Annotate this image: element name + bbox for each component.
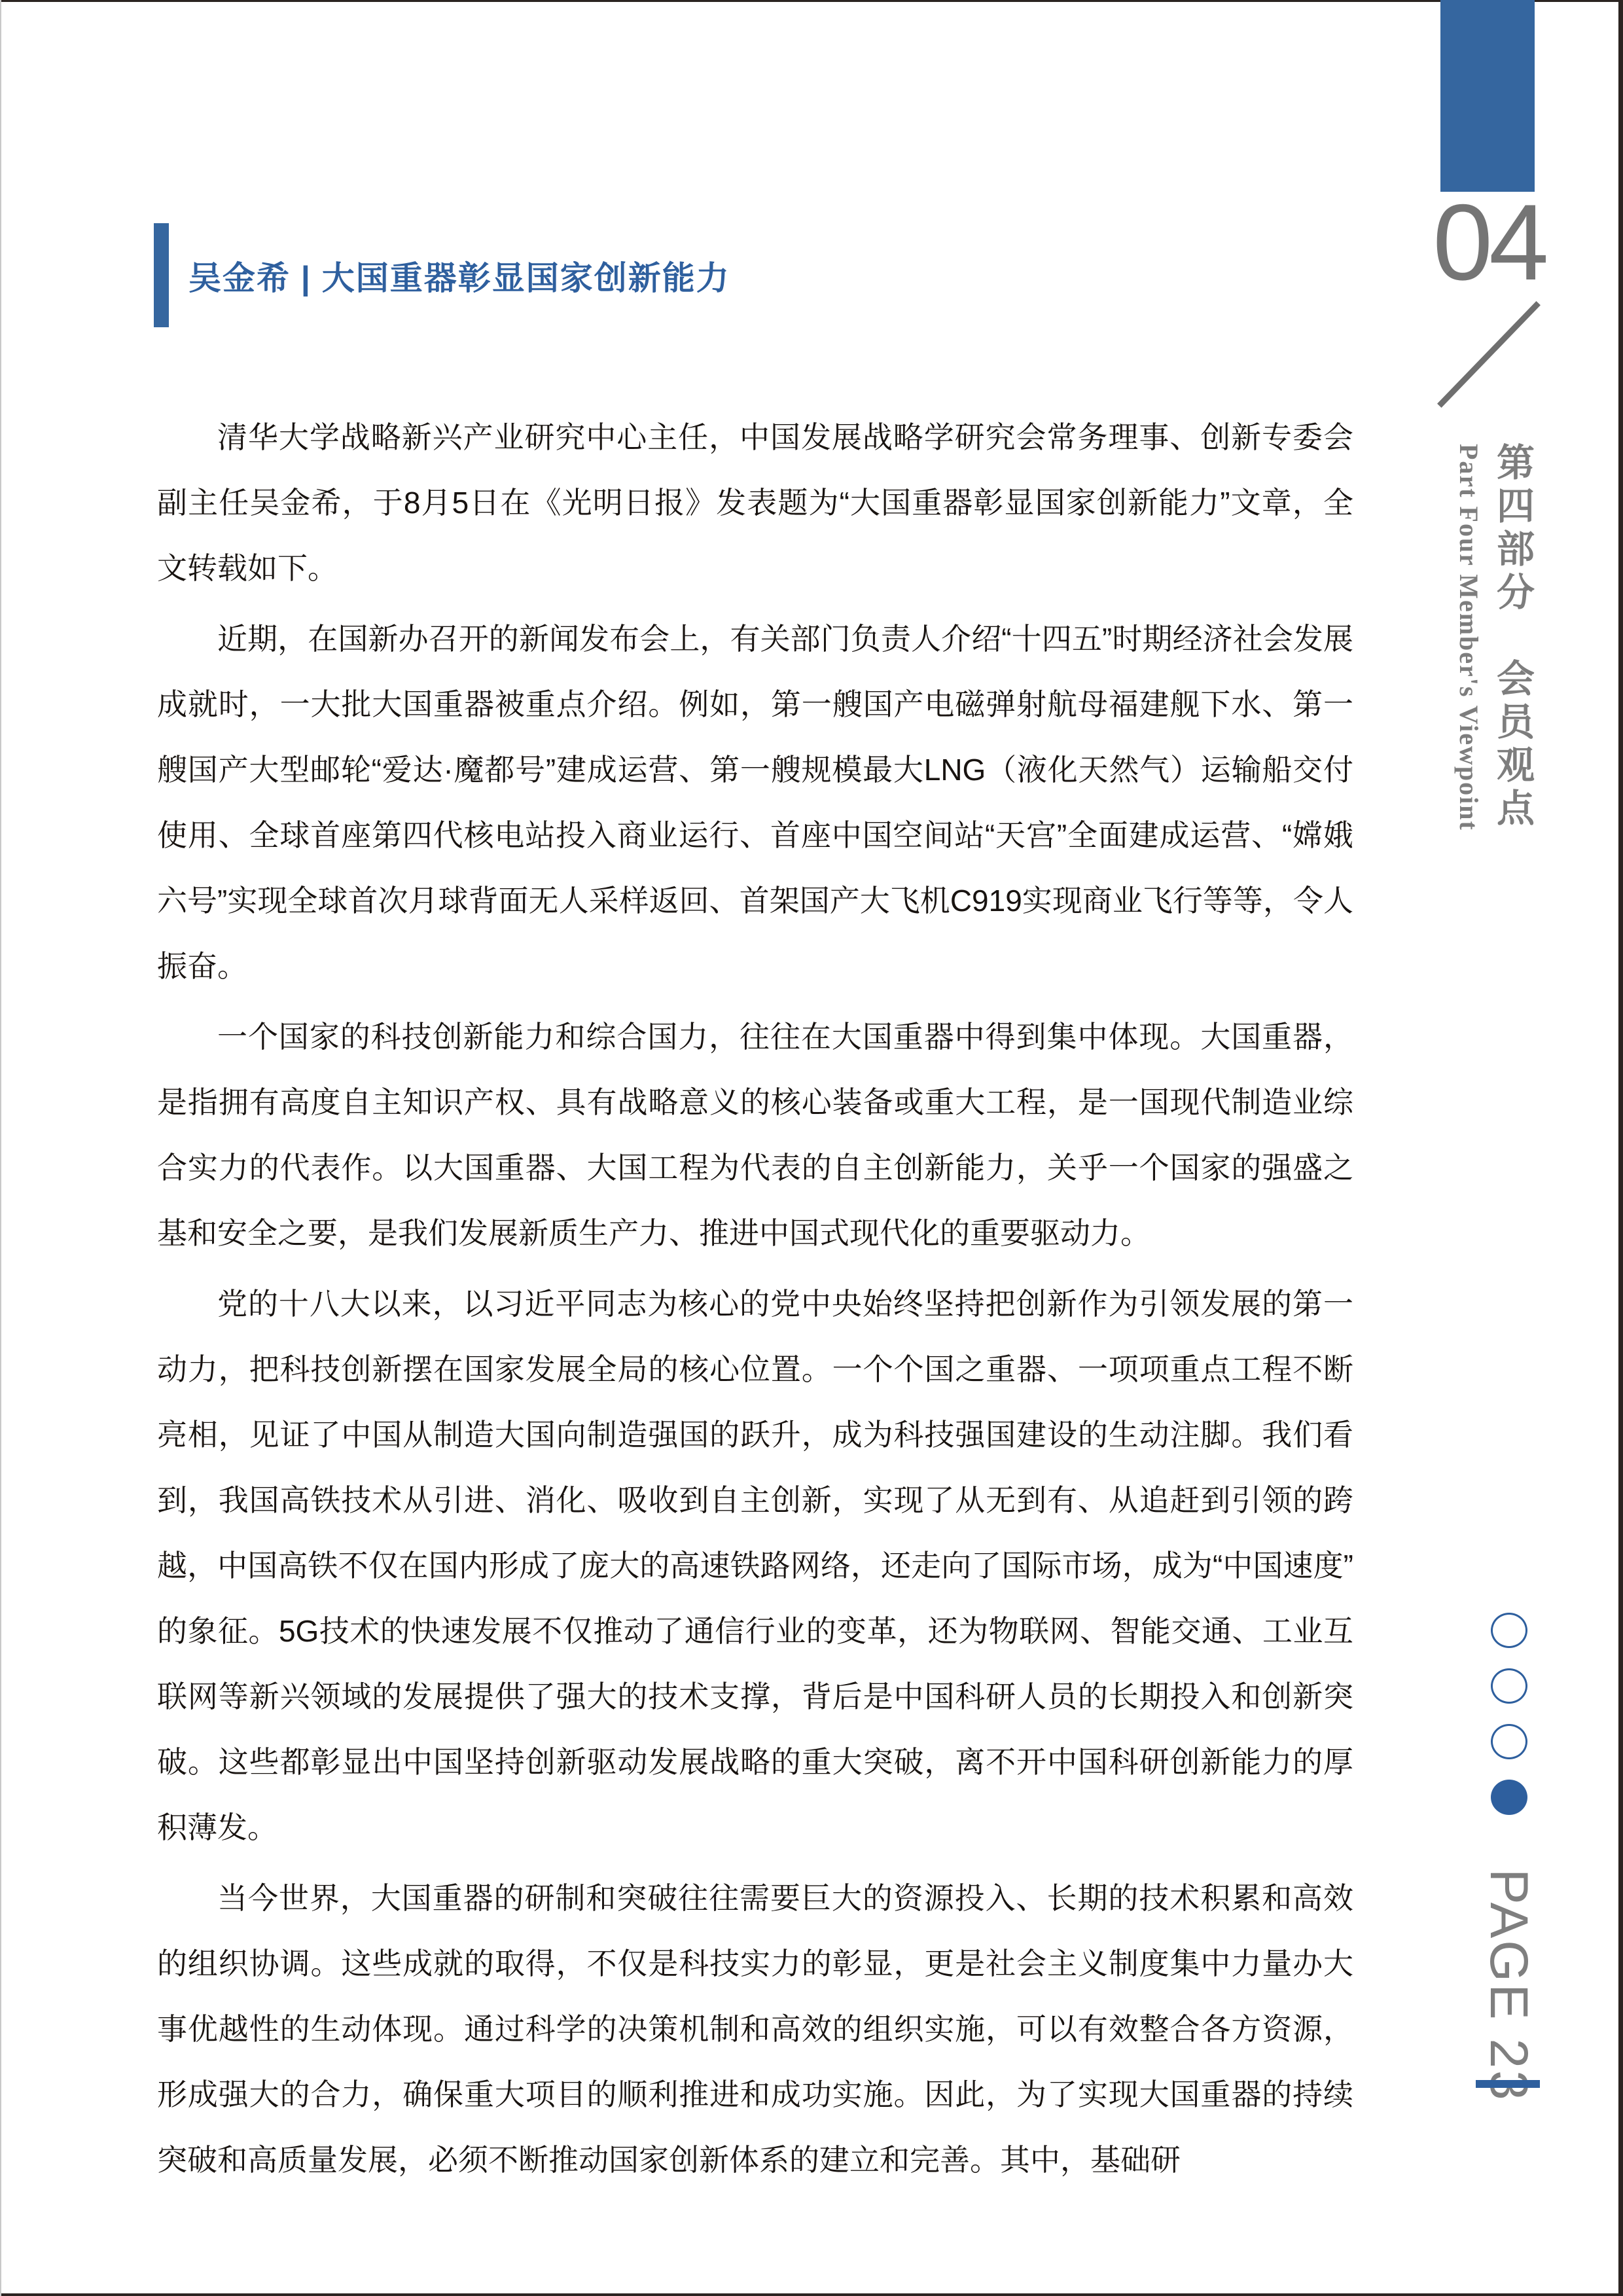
diagonal-slash-line <box>1437 301 1541 408</box>
progress-dot <box>1491 1724 1527 1759</box>
article-paragraph: 清华大学战略新兴产业研究中心主任，中国发展战略学研究会常务理事、创新专委会副主任… <box>157 404 1353 601</box>
progress-dot-active <box>1491 1780 1527 1815</box>
part-number: 04 <box>1431 188 1547 296</box>
progress-dot <box>1491 1668 1527 1704</box>
progress-dot <box>1491 1613 1527 1648</box>
corner-accent-rect <box>1440 0 1535 192</box>
page-title: 吴金希 | 大国重器彰显国家创新能力 <box>188 223 730 327</box>
article-paragraph: 党的十八大以来，以习近平同志为核心的党中央始终坚持把创新作为引领发展的第一动力，… <box>157 1271 1353 1860</box>
document-page: 吴金希 | 大国重器彰显国家创新能力 04 第四部分 会员观点 Part Fou… <box>0 0 1623 2296</box>
page-edge-left <box>0 0 1 2296</box>
article-paragraph: 一个国家的科技创新能力和综合国力，往往在大国重器中得到集中体现。大国重器，是指拥… <box>157 1004 1353 1266</box>
progress-dots <box>1491 1613 1527 1835</box>
article-paragraph: 当今世界，大国重器的研制和突破往往需要巨大的资源投入、长期的技术积累和高效的组织… <box>157 1865 1353 2193</box>
article-body: 清华大学战略新兴产业研究中心主任，中国发展战略学研究会常务理事、创新专委会副主任… <box>157 404 1353 2198</box>
title-accent-bar <box>154 223 169 327</box>
article-paragraph: 近期，在国新办召开的新闻发布会上，有关部门负责人介绍“十四五”时期经济社会发展成… <box>157 606 1353 999</box>
page-edge-top <box>0 0 1623 2</box>
section-label-en: Part Four Member's Viewpoint <box>1454 444 1484 831</box>
section-label-cn: 第四部分 会员观点 <box>1484 442 1539 831</box>
page-number-accent-bar <box>1476 2080 1540 2088</box>
page-number-label: PAGE 23 <box>1480 1869 1537 2102</box>
page-edge-bottom <box>0 2293 1623 2296</box>
page-edge-right <box>1618 0 1623 2296</box>
